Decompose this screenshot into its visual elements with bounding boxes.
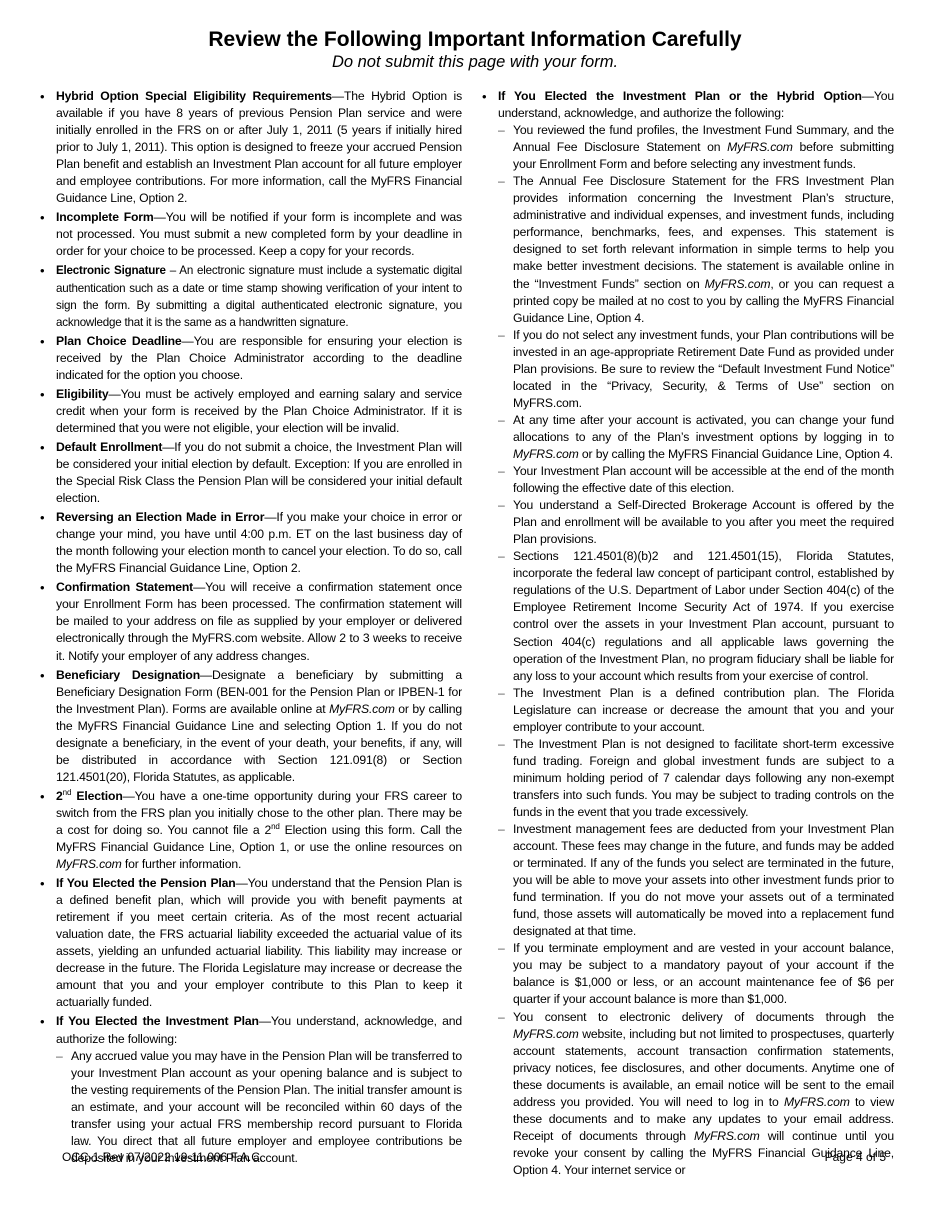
bullet-heading: Default Enrollment [56, 440, 162, 454]
bullet-heading: Beneficiary Designation [56, 668, 200, 682]
bullet-heading: Eligibility [56, 387, 109, 401]
body-text: If you terminate employment and are vest… [513, 941, 894, 1006]
bullet-text: If You Elected the Investment Plan—You u… [56, 1013, 462, 1047]
ordinal-suffix: nd [271, 822, 280, 831]
site-name: MyFRS.com [513, 447, 579, 461]
bullet-item-reversing-election: Reversing an Election Made in Error—If y… [38, 509, 462, 577]
body-text: Any accrued value you may have in the Pe… [71, 1049, 462, 1165]
bullet-item-eligibility: Eligibility—You must be actively employe… [38, 386, 462, 437]
body-text: Sections 121.4501(8)(b)2 and 121.4501(15… [513, 549, 894, 682]
body-text: Your Investment Plan account will be acc… [513, 464, 894, 495]
body-text: Investment management fees are deducted … [513, 822, 894, 938]
site-name: MyFRS.com [329, 702, 395, 716]
body-text: At any time after your account is activa… [513, 413, 894, 444]
body-text: for further information. [122, 857, 242, 871]
body-text: You understand a Self-Directed Brokerage… [513, 498, 894, 546]
site-name: MyFRS.com [56, 857, 122, 871]
bullet-text: Eligibility—You must be actively employe… [56, 386, 462, 437]
bullet-heading: Election [71, 789, 122, 803]
body-text: If you do not select any investment fund… [513, 328, 894, 410]
page-title: Review the Following Important Informati… [0, 28, 950, 52]
sub-item: You understand a Self-Directed Brokerage… [498, 497, 894, 548]
bullet-text: 2nd Election—You have a one-time opportu… [56, 788, 462, 873]
body-text: You consent to electronic delivery of do… [513, 1010, 894, 1024]
page-subtitle: Do not submit this page with your form. [0, 52, 950, 72]
bullet-text: If You Elected the Investment Plan or th… [498, 88, 894, 122]
body-text: —You must be actively employed and earni… [56, 387, 462, 435]
sub-item: Any accrued value you may have in the Pe… [56, 1048, 462, 1167]
bullet-text: Beneficiary Designation—Designate a bene… [56, 667, 462, 786]
bullet-heading: Hybrid Option Special Eligibility Requir… [56, 89, 332, 103]
sub-item: Your Investment Plan account will be acc… [498, 463, 894, 497]
site-name: MyFRS.com [513, 1027, 579, 1041]
sub-item: If you terminate employment and are vest… [498, 940, 894, 1008]
bullet-heading: Reversing an Election Made in Error [56, 510, 264, 524]
bullet-heading: If You Elected the Pension Plan [56, 876, 236, 890]
bullet-heading: 2 [56, 789, 63, 803]
bullet-text: Electronic Signature – An electronic sig… [56, 262, 462, 330]
bullet-text: Confirmation Statement—You will receive … [56, 579, 462, 664]
body-text: The Annual Fee Disclosure Statement for … [513, 174, 894, 290]
bullet-heading: Incomplete Form [56, 210, 154, 224]
sub-item: The Annual Fee Disclosure Statement for … [498, 173, 894, 326]
body-text: The Investment Plan is a defined contrib… [513, 686, 894, 734]
sub-item: At any time after your account is activa… [498, 412, 894, 463]
sub-item: Sections 121.4501(8)(b)2 and 121.4501(15… [498, 548, 894, 684]
sub-item: You reviewed the fund profiles, the Inve… [498, 122, 894, 173]
bullet-text: Default Enrollment—If you do not submit … [56, 439, 462, 507]
body-text: The Investment Plan is not designed to f… [513, 737, 894, 819]
bullet-item-beneficiary-designation: Beneficiary Designation—Designate a bene… [38, 667, 462, 786]
bullet-heading: If You Elected the Investment Plan [56, 1014, 259, 1028]
bullet-heading: Plan Choice Deadline [56, 334, 182, 348]
bullet-heading: Electronic Signature [56, 264, 166, 277]
sub-item: Investment management fees are deducted … [498, 821, 894, 940]
sub-item: The Investment Plan is not designed to f… [498, 736, 894, 821]
bullet-text: Hybrid Option Special Eligibility Requir… [56, 88, 462, 207]
bullet-text: Reversing an Election Made in Error—If y… [56, 509, 462, 577]
bullet-item-elected-investment-or-hybrid: If You Elected the Investment Plan or th… [480, 88, 894, 1179]
bullet-item-elected-pension-plan: If You Elected the Pension Plan—You unde… [38, 875, 462, 1011]
bullet-heading: Confirmation Statement [56, 580, 193, 594]
body-text: or by calling the MyFRS Financial Guidan… [579, 447, 893, 461]
bullet-item-incomplete-form: Incomplete Form—You will be notified if … [38, 209, 462, 260]
bullet-item-elected-investment-plan: If You Elected the Investment Plan—You u… [38, 1013, 462, 1166]
site-name: MyFRS.com [694, 1129, 760, 1143]
site-name: MyFRS.com [784, 1095, 850, 1109]
left-column: Hybrid Option Special Eligibility Requir… [38, 88, 462, 1169]
bullet-text: Incomplete Form—You will be notified if … [56, 209, 462, 260]
body-text: —You understand that the Pension Plan is… [56, 876, 462, 1009]
bullet-item-electronic-signature: Electronic Signature – An electronic sig… [38, 262, 462, 330]
site-name: MyFRS.com [727, 140, 793, 154]
sub-item: If you do not select any investment fund… [498, 327, 894, 412]
page-number: Page 4 of 5 [825, 1150, 886, 1164]
ordinal-suffix: nd [63, 788, 72, 797]
bullet-item-default-enrollment: Default Enrollment—If you do not submit … [38, 439, 462, 507]
form-identifier: OCC-1 Rev 07/2022 19-11.006 F.A.C. [62, 1150, 263, 1164]
right-column: If You Elected the Investment Plan or th… [480, 88, 894, 1181]
body-text: —The Hybrid Option is available if you h… [56, 89, 462, 205]
site-name: MyFRS.com [705, 277, 771, 291]
bullet-heading: If You Elected the Investment Plan or th… [498, 89, 862, 103]
bullet-item-hybrid-option: Hybrid Option Special Eligibility Requir… [38, 88, 462, 207]
bullet-item-plan-choice-deadline: Plan Choice Deadline—You are responsible… [38, 333, 462, 384]
bullet-text: Plan Choice Deadline—You are responsible… [56, 333, 462, 384]
bullet-item-second-election: 2nd Election—You have a one-time opportu… [38, 788, 462, 873]
bullet-item-confirmation-statement: Confirmation Statement—You will receive … [38, 579, 462, 664]
sub-item: The Investment Plan is a defined contrib… [498, 685, 894, 736]
bullet-text: If You Elected the Pension Plan—You unde… [56, 875, 462, 1011]
